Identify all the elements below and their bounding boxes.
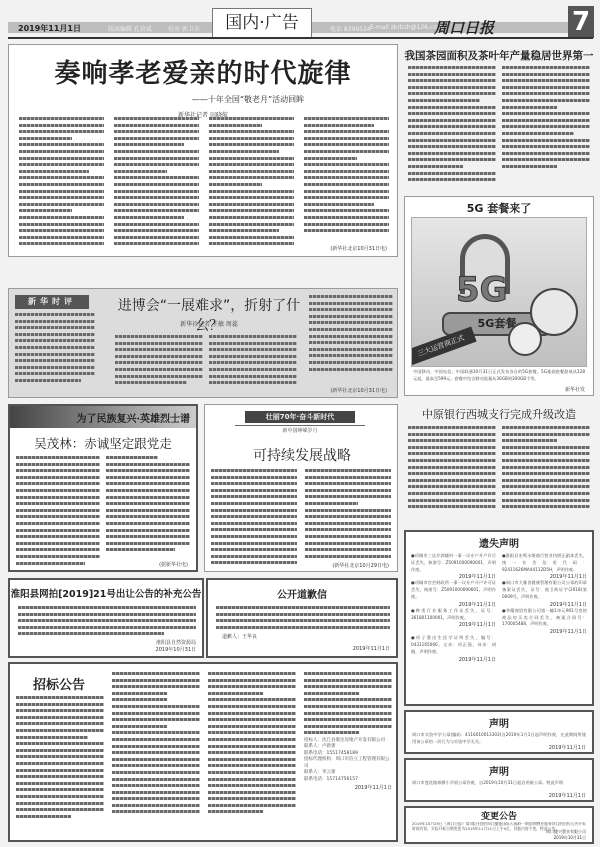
body-column (19, 117, 104, 247)
body-column (305, 469, 391, 561)
lost-item: ●周口市大雅食健康管理有限公司公章的印章备案证丢失，证号：商卫药证字(2018)… (502, 580, 587, 607)
article-hero: 为了民族复兴·英雄烈士谱 吴茂林：赤诚坚定跟党走 (据新华社电) (8, 404, 198, 572)
body-column (408, 426, 496, 514)
article-dateline: (新华社北京10月29日电) (332, 562, 389, 569)
body-column (115, 335, 203, 395)
notice-date: 2019年10月31日 (554, 835, 586, 841)
article-dateline: (新华社北京10月31日电) (330, 245, 387, 252)
notice-title: 遗失声明 (406, 535, 592, 550)
issue-date: 2019年11月1日 (18, 23, 81, 34)
notice-date: 2019年11月1日 (353, 645, 390, 652)
notice-signer: 道歉人：王华良 (222, 633, 257, 640)
hero-banner-text: 为了民族复兴·英雄烈士谱 (77, 410, 190, 425)
masthead-rule (8, 37, 593, 39)
article-dateline: (据新华社电) (159, 561, 188, 568)
5g-cartoon: 5G 5G套餐 三大运营商正式 (411, 217, 587, 367)
body-column (209, 335, 297, 395)
article-filial-piety: 奏响孝老爱亲的时代旋律 ——十年全国“敬老月”活动回眸 新华社记者 田晓航 (新… (8, 44, 398, 257)
body-column (16, 696, 104, 836)
body-column (502, 426, 590, 514)
lost-item: ●种类行业服务工作证丢失，证号：361801100001，声明作废。2019年1… (411, 608, 496, 635)
notice-date: 2019年11月1日 (304, 785, 392, 792)
article-title: 5G 套餐来了 (405, 200, 593, 216)
cartoon-face (508, 322, 542, 356)
notice-statement-2: 声明 周口市莲花路奔腾小学原公章作废，自2019年10月31日起启用新公章。特此… (404, 758, 594, 802)
tender-contacts: 招标人：沈丘县康达房地产开发有限公司 联系人：卢新蕾 联系电话：15517458… (304, 672, 392, 838)
article-title: 可持续发展战略 (205, 445, 399, 465)
body-column (106, 456, 190, 560)
notice-statement-1: 声明 周口市实验中学公章(编码：4116010013303)自2019年1月1日… (404, 710, 594, 754)
article-tea: 我国茶园面积及茶叶年产量稳居世界第一 (404, 44, 594, 194)
article-byline: 新华社记者 王敏 周蕊 (109, 319, 309, 328)
masthead: 2019年11月1日 版面编辑 孔营威 校对 郭卫东 国内·广告 电话 8399… (0, 0, 600, 38)
notice-body (216, 606, 390, 636)
lost-item: ●项城市三店乡郭楼村一事一议专户开户许可证丢失，核准号：Z50910000900… (411, 553, 496, 580)
notice-date: 2019年11月1日 (549, 792, 586, 799)
body-column (112, 672, 200, 838)
body-column (408, 66, 496, 186)
notice-change: 变更公告 2019年10月29日《周口日报》第3版刊登的周口捷能国际天福府一期前… (404, 806, 594, 844)
contact-email: E-mail zkrbzh@126.com (370, 24, 443, 31)
body-column (211, 469, 297, 567)
strategy-banner-sub: 新中国峥嵘岁月 (235, 425, 365, 434)
article-title: 吴茂林：赤诚坚定跟党走 (10, 434, 196, 452)
notice-body: 周口市莲花路奔腾小学原公章作废，自2019年10月31日起启用新公章。特此声明 (406, 778, 592, 789)
notice-title: 声明 (406, 763, 592, 778)
body-column (208, 672, 296, 838)
lost-item: ●项城市官会财政所一事一议专户开户许可证丢失，核准号：Z509100009060… (411, 580, 496, 607)
strategy-banner: 壮丽70年·奋斗新时代 (245, 411, 355, 423)
notice-title: 公开道歉信 (208, 586, 396, 601)
notice-date: 2019年11月1日 (549, 744, 586, 751)
lost-item: ●华耀商贸有限公司第一幢1单元901号房的商品房买卖合同丢失，备案合同号：170… (502, 608, 587, 635)
contact-row: 招标代理机构：周口市信立工程管理有限公司 (304, 757, 392, 770)
article-title: 进博会“一展难求”，折射了什么？ (109, 295, 309, 335)
body-column (304, 117, 389, 242)
lost-item: ●项子墨出生医学证明丢失，编号：0431165066，父亲：项正强，母亲：胡晓，… (411, 635, 496, 662)
notice-title: 声明 (406, 715, 592, 730)
article-subtitle: ——十年全国“敬老月”活动回眸 (9, 94, 397, 105)
lost-item-grid: ●项城市三店乡郭楼村一事一议专户开户许可证丢失，核准号：Z50910000900… (406, 550, 592, 666)
article-5g: 5G 套餐来了 5G 5G套餐 三大运营商正式 中国移动、中国电信、中国联通10… (404, 196, 594, 396)
notice-title: 招标公告 (14, 674, 104, 693)
article-dateline: (新华社北京10月31日电) (330, 387, 387, 394)
body-column (15, 313, 95, 393)
body-column (309, 295, 393, 385)
contact-phone: 电话 8399524 (330, 24, 371, 33)
notice-title: 变更公告 (406, 809, 592, 822)
body-column (16, 456, 100, 568)
notice-body (18, 606, 196, 642)
article-title: 中原银行西城支行完成升级改造 (404, 406, 594, 422)
page-number: 7 (568, 6, 594, 38)
article-title: 奏响孝老爱亲的时代旋律 (9, 53, 397, 90)
lost-item: ●淮阳县宏鸣水塔商行营业执照正副本丢失，统一社会信用代码：92411626MA4… (502, 553, 587, 580)
body-column (502, 66, 590, 174)
article-bank: 中原银行西城支行完成升级改造 (404, 404, 594, 516)
hero-banner: 为了民族复兴·英雄烈士谱 (10, 406, 196, 428)
body-column (209, 117, 294, 247)
section-title: 国内·广告 (212, 8, 312, 38)
body-column (114, 117, 199, 247)
notice-land: 淮阳县网拍[2019]21号出让公告的补充公告 淮阳县自然资源局 2019年10… (8, 578, 204, 658)
notice-lost: 遗失声明 ●项城市三店乡郭楼村一事一议专户开户许可证丢失，核准号：Z509100… (404, 530, 594, 706)
article-title: 我国茶园面积及茶叶年产量稳居世界第一 (404, 48, 594, 63)
editor-credit: 版面编辑 孔营威 (108, 24, 152, 33)
paper-logo: 周口日报 (434, 17, 494, 38)
photo-credit: 新华社发 (565, 386, 585, 393)
contact-row: 联系电话：15714756157 (304, 777, 392, 784)
notice-signer: 淮阳县自然资源局 (156, 639, 196, 646)
article-expo: 新华时评 进博会“一展难求”，折射了什么？ 新华社记者 王敏 周蕊 (新华社北京… (8, 288, 398, 398)
notice-apology: 公开道歉信 道歉人：王华良 2019年11月1日 (206, 578, 398, 658)
proof-credit: 校对 郭卫东 (168, 24, 200, 33)
notice-tender: 招标公告 招标人：沈丘县康达房地产开发有限公司 联系人：卢新蕾 联系电话：155… (8, 662, 398, 842)
notice-title: 淮阳县网拍[2019]21号出让公告的补充公告 (10, 586, 202, 600)
notice-date: 2019年10月31日 (156, 646, 196, 653)
article-strategy: 壮丽70年·奋斗新时代 新中国峥嵘岁月 可持续发展战略 (新华社北京10月29日… (204, 404, 398, 572)
photo-caption: 中国移动、中国电信、中国联通10月31日正式发布各自的5G套餐，5G基础套餐最低… (413, 369, 585, 383)
column-tag: 新华时评 (15, 295, 89, 309)
